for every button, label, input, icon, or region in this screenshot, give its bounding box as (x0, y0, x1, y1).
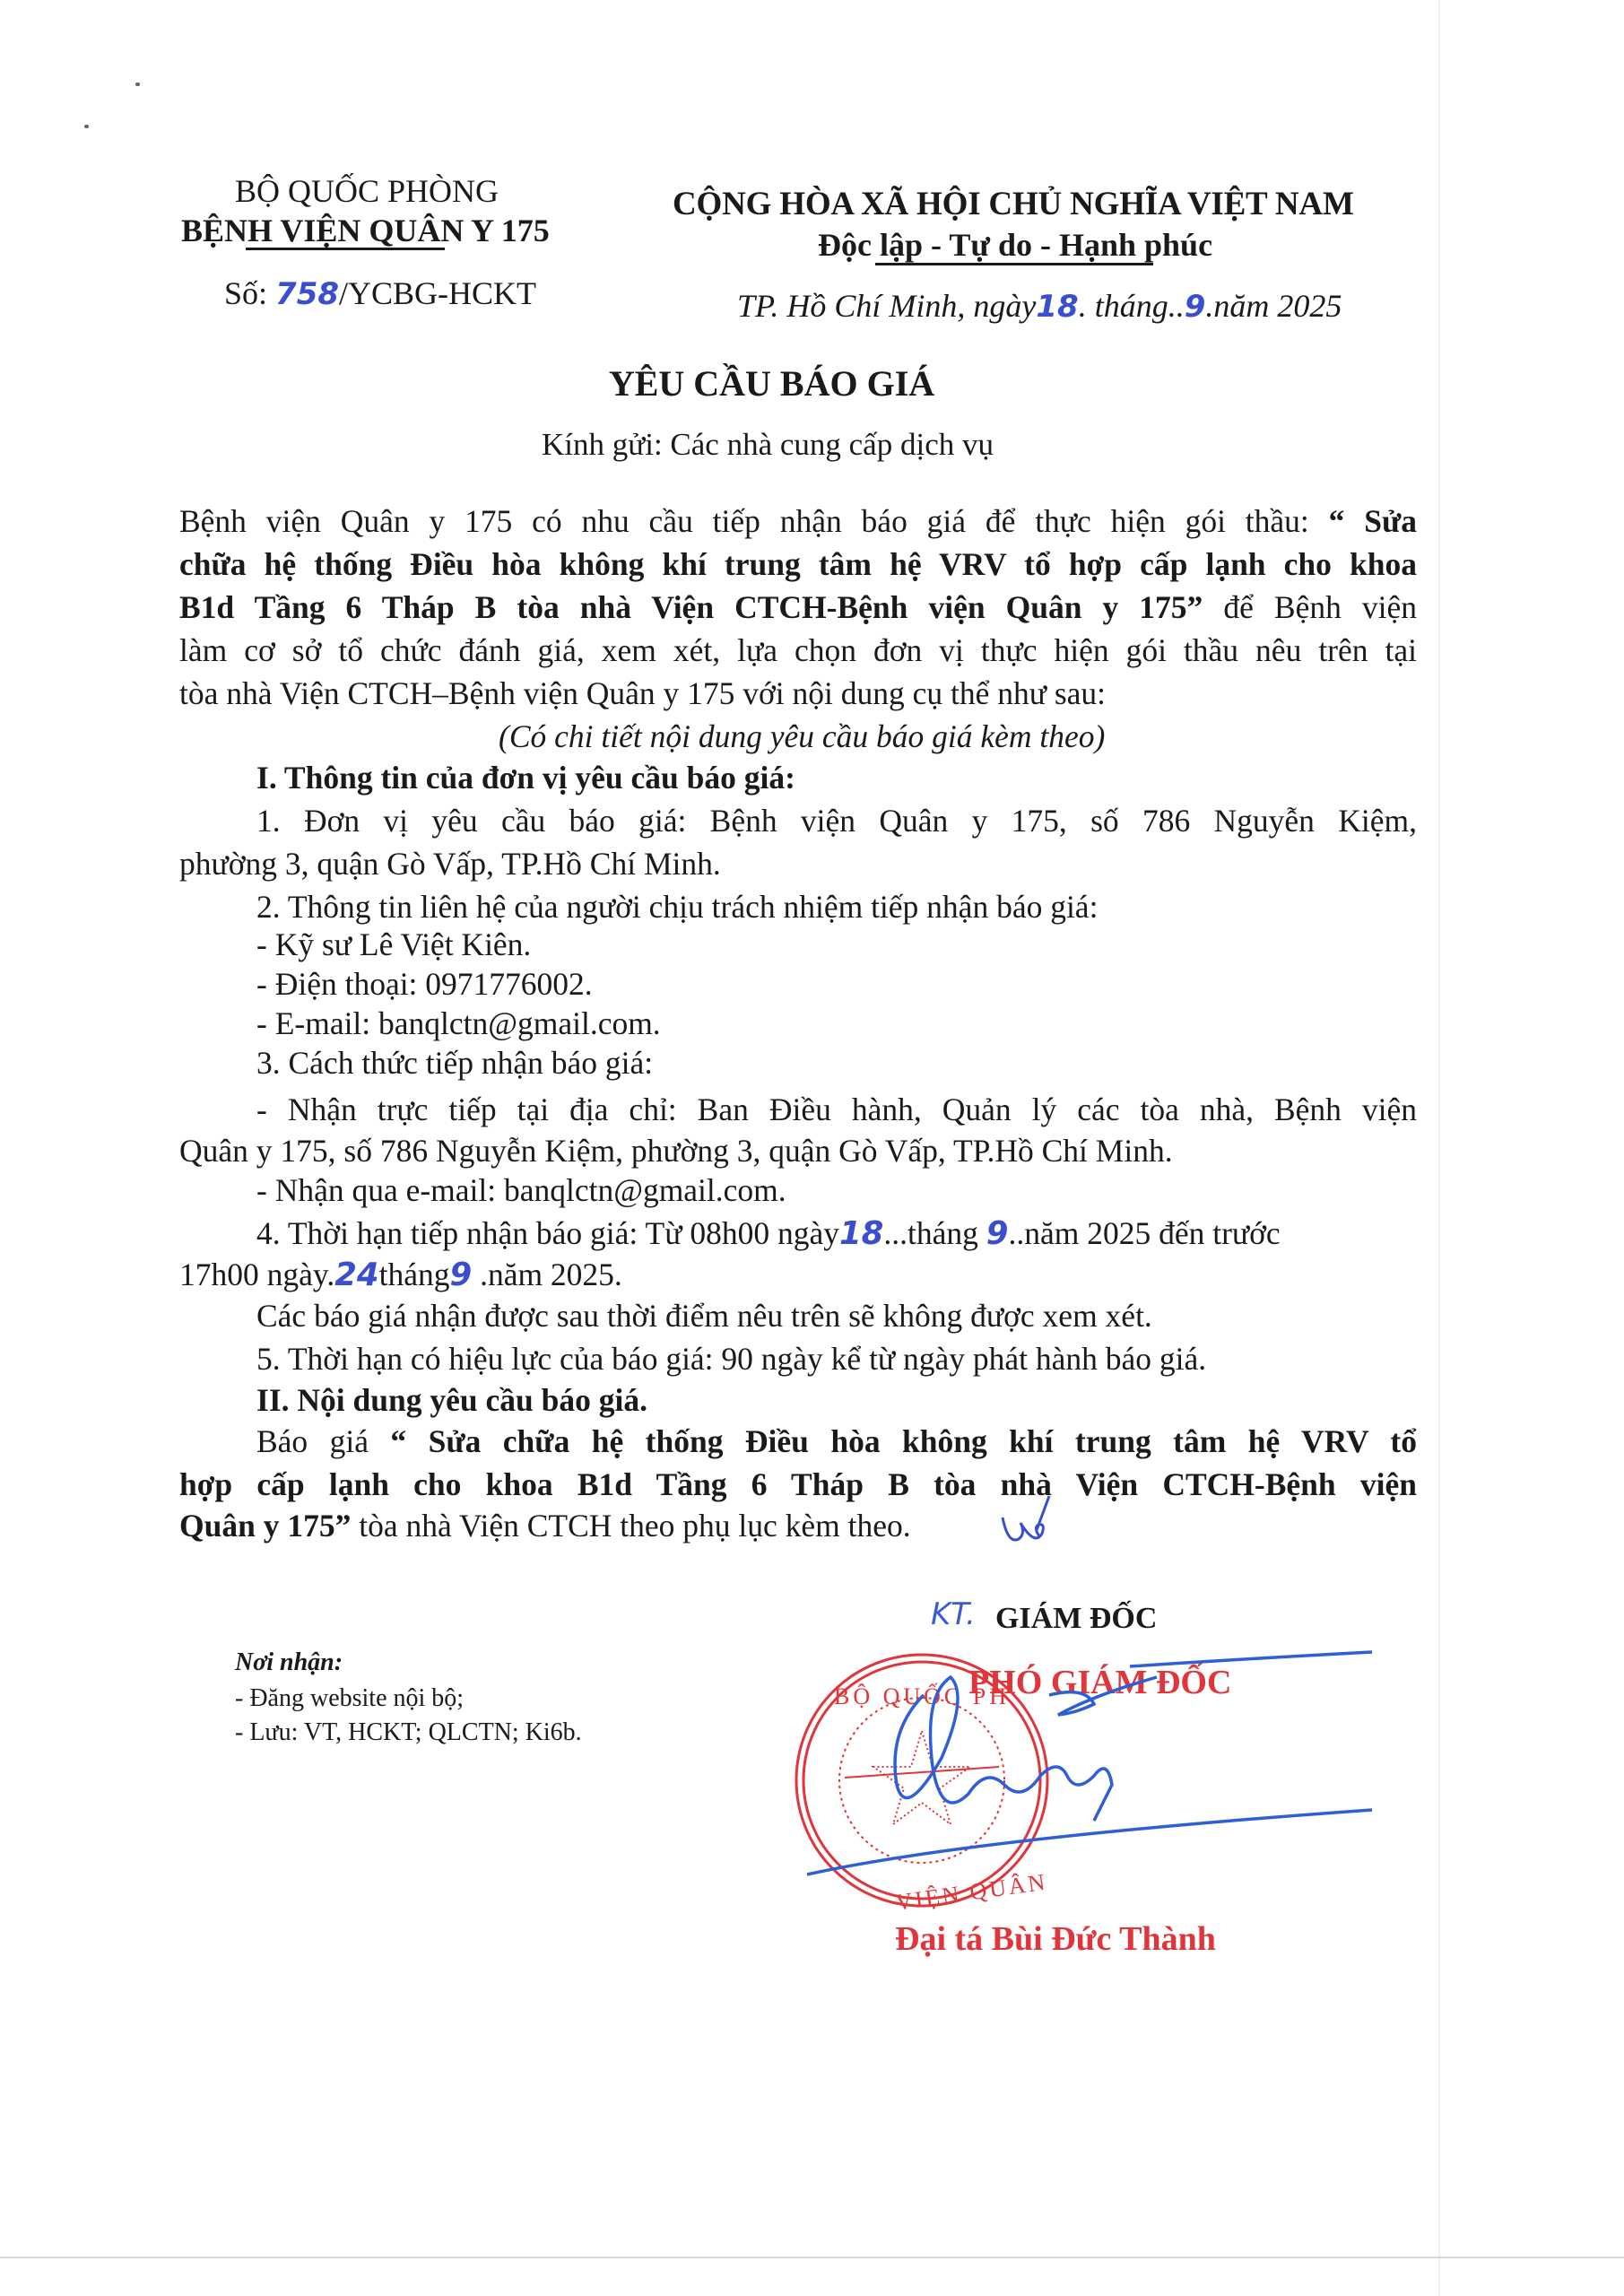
section-1-heading: I. Thông tin của đơn vị yêu cầu báo giá: (256, 759, 795, 796)
end-month-label: tháng (379, 1257, 450, 1292)
start-suffix: ..năm 2025 đến trước (1008, 1215, 1280, 1251)
org-parent: BỘ QUỐC PHÒNG (235, 172, 499, 210)
section-1-item-4-cont: 17h00 ngày.24tháng9 .năm 2025. (179, 1256, 1417, 1293)
date-prefix: TP. Hồ Chí Minh, ngày (737, 288, 1036, 324)
initials-mark-icon (999, 1492, 1053, 1550)
kt-prefix: KT. (931, 1596, 976, 1632)
intro-text: Bệnh viện Quân y 175 có nhu cầu tiếp nhậ… (179, 503, 1329, 539)
recipients-title: Nơi nhận: (235, 1648, 343, 1677)
scan-speck (84, 125, 89, 128)
contact-phone: - Điện thoại: 0971776002. (256, 965, 1494, 1003)
official-stamp-icon: BỘ QUỐC PH VIỆN QUÂN PHÓ GIÁM ĐỐC (789, 1641, 1417, 1946)
intro-note: (Có chi tiết nội dung yêu cầu báo giá kè… (499, 717, 1105, 755)
start-day: 18 (839, 1215, 883, 1252)
intro-line-1: Bệnh viện Quân y 175 có nhu cầu tiếp nhậ… (179, 502, 1417, 540)
signer-name: Đại tá Bùi Đức Thành (895, 1919, 1216, 1959)
org-underline (246, 248, 445, 250)
doc-number-suffix: /YCBG-HCKT (339, 275, 536, 311)
start-month-label: ...tháng (883, 1215, 986, 1251)
motto-underline (875, 263, 1153, 265)
section-2-line-1: Báo giá “ Sửa chữa hệ thống Điều hòa khô… (256, 1422, 1417, 1460)
date-year: .năm 2025 (1205, 288, 1342, 324)
intro-line-2: chữa hệ thống Điều hòa không khí trung t… (179, 545, 1417, 583)
scan-bottom-edge (0, 2257, 1624, 2258)
end-prefix: 17h00 ngày. (179, 1257, 334, 1292)
section-2-line-2: hợp cấp lạnh cho khoa B1d Tầng 6 Tháp B … (179, 1465, 1417, 1503)
delivery-email: - Nhận qua e-mail: banqlctn@gmail.com. (256, 1171, 1494, 1209)
intro-line-3: B1d Tầng 6 Tháp B tòa nhà Viện CTCH-Bệnh… (179, 588, 1417, 626)
greeting: Kính gửi: Các nhà cung cấp dịch vụ (542, 427, 994, 463)
intro-text: để Bệnh viện (1203, 589, 1417, 625)
section-1-item-5: 5. Thời hạn có hiệu lực của báo giá: 90 … (256, 1340, 1494, 1378)
delivery-direct-cont: Quân y 175, số 786 Nguyễn Kiệm, phường 3… (179, 1132, 1417, 1170)
end-month: 9 (449, 1257, 472, 1293)
section-2-line-3: Quân y 175” tòa nhà Viện CTCH theo phụ l… (179, 1507, 1417, 1544)
section-1-item-4: 4. Thời hạn tiếp nhận báo giá: Từ 08h00 … (256, 1214, 1417, 1252)
date-month-label: . tháng (1079, 288, 1168, 324)
section-2-text: Báo giá (256, 1423, 390, 1459)
motto: Độc lập - Tự do - Hạnh phúc (818, 226, 1212, 264)
package-name: “ Sửa chữa hệ thống Điều hòa không khí t… (390, 1423, 1417, 1459)
package-name-end: Quân y 175” (179, 1508, 351, 1544)
section-1-item-1-cont: phường 3, quận Gò Vấp, TP.Hồ Chí Minh. (179, 845, 1417, 883)
end-day: 24 (334, 1257, 378, 1293)
section-1-item-2: 2. Thông tin liên hệ của người chịu trác… (256, 888, 1494, 926)
signer-role: GIÁM ĐỐC (995, 1602, 1157, 1636)
org-name: BỆNH VIỆN QUÂN Y 175 (181, 212, 550, 249)
doc-number: Số: 758/YCBG-HCKT (224, 274, 536, 312)
title-text: YÊU CẦU BÁO GIÁ (609, 362, 934, 404)
deadline-prefix: 4. Thời hạn tiếp nhận báo giá: Từ 08h00 … (256, 1215, 839, 1251)
date-month: 9 (1185, 289, 1206, 325)
intro-line-4: làm cơ sở tổ chức đánh giá, xem xét, lựa… (179, 631, 1417, 669)
scan-speck (135, 83, 140, 86)
section-1-item-1: 1. Đơn vị yêu cầu báo giá: Bệnh viện Quâ… (256, 802, 1417, 839)
section-2-heading: II. Nội dung yêu cầu báo giá. (256, 1381, 647, 1419)
document-title: YÊU CẦU BÁO GIÁ (0, 362, 1624, 404)
section-2-text: tòa nhà Viện CTCH theo phụ lục kèm theo. (351, 1508, 910, 1544)
package-name-end: B1d Tầng 6 Tháp B tòa nhà Viện CTCH-Bệnh… (179, 589, 1203, 625)
recipient-item: - Lưu: VT, HCKT; QLCTN; Ki6b. (235, 1718, 582, 1747)
contact-name: - Kỹ sư Lê Việt Kiên. (256, 926, 1494, 963)
doc-number-label: Số: (224, 275, 275, 311)
section-1-item-3: 3. Cách thức tiếp nhận báo giá: (256, 1044, 1494, 1082)
intro-line-5: tòa nhà Viện CTCH–Bệnh viện Quân y 175 v… (179, 674, 1417, 712)
contact-email: - E-mail: banqlctn@gmail.com. (256, 1004, 1494, 1042)
delivery-direct: - Nhận trực tiếp tại địa chỉ: Ban Điều h… (256, 1091, 1417, 1128)
doc-number-handwritten: 758 (275, 276, 339, 312)
end-suffix: .năm 2025. (472, 1257, 622, 1292)
recipient-item: - Đăng website nội bộ; (235, 1684, 464, 1713)
page-edge (1438, 0, 1440, 2296)
date-day: 18 (1036, 289, 1078, 325)
nation-title: CỘNG HÒA XÃ HỘI CHỦ NGHĨA VIỆT NAM (673, 185, 1354, 223)
date-line: TP. Hồ Chí Minh, ngày18. tháng..9.năm 20… (737, 287, 1342, 325)
late-note: Các báo giá nhận được sau thời điểm nêu … (256, 1297, 1494, 1335)
package-name: “ Sửa (1329, 503, 1417, 539)
svg-text:VIỆN QUÂN: VIỆN QUÂN (894, 1868, 1049, 1915)
start-month: 9 (986, 1215, 1009, 1252)
